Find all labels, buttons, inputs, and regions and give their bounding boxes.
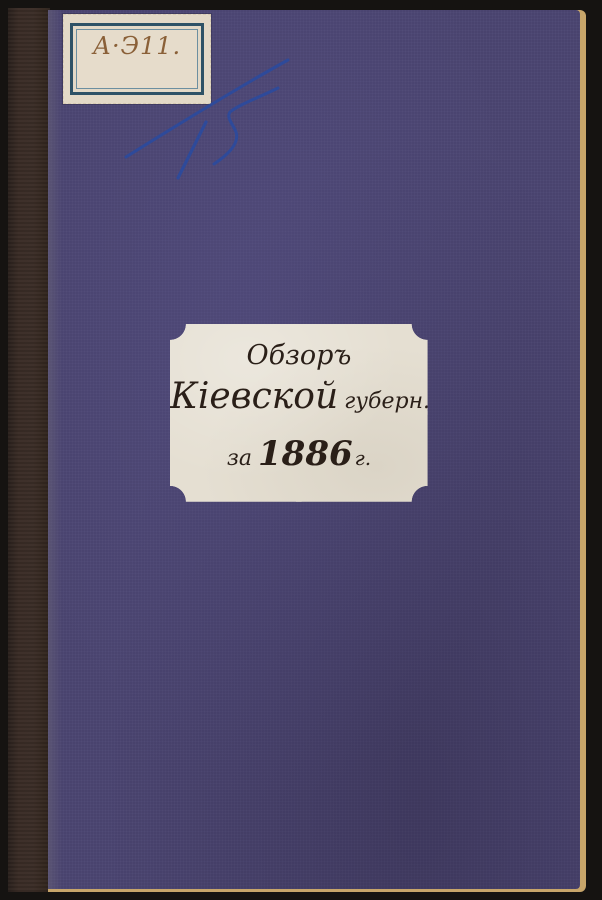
title-word-obzor: Обзоръ xyxy=(247,340,352,371)
pencil-mark-15 xyxy=(118,52,308,187)
book-spine xyxy=(8,8,50,892)
title-word-kievskoi: Кіевской xyxy=(170,376,338,417)
title-line-1: Обзоръ xyxy=(170,340,428,371)
title-line-3: за1886г. xyxy=(170,434,428,474)
title-label: Обзоръ Кіевскойгуберн. за1886г. xyxy=(170,324,428,502)
title-word-za: за xyxy=(227,446,252,471)
cover-hinge-shade xyxy=(48,10,62,889)
title-year: 1886 xyxy=(258,434,353,474)
title-word-gubern: губерн. xyxy=(344,389,430,414)
title-year-suffix: г. xyxy=(355,446,371,470)
title-line-2: Кіевскойгуберн. xyxy=(170,376,428,417)
